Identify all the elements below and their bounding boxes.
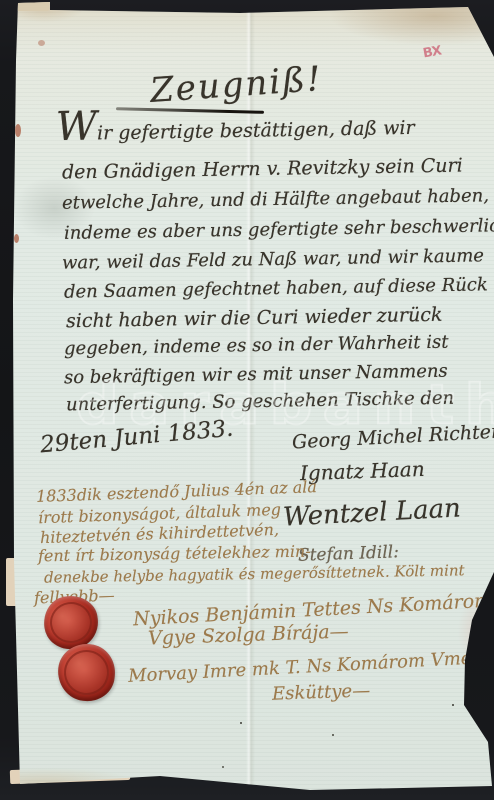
wax-seal-bottom <box>55 641 118 704</box>
edge-fleck <box>38 40 45 46</box>
official-signature-line: Vgye Szolga Bírája— <box>148 623 349 649</box>
body-line: war, weil das Feld zu Naß war, und wir k… <box>62 247 484 272</box>
hungarian-note-line: denekbe helybe hagyatik és megerősíttetn… <box>44 563 465 585</box>
title-underline <box>116 107 264 114</box>
edge-fleck <box>14 234 19 243</box>
collector-mark: BX <box>422 44 442 62</box>
body-line: den Gnädigen Herrn v. Revitzky sein Curi <box>62 157 463 183</box>
signature-name: Stefan Idill: <box>298 544 400 565</box>
document-paper: BX Zeugniß! Wir gefertigte bestättigen, … <box>0 0 494 800</box>
document-title: Zeugniß! <box>149 62 324 108</box>
hungarian-note-line: fent írt bizonyság tételekhez min- <box>38 544 311 565</box>
auction-watermark: darabanth <box>76 373 494 437</box>
paper-speck <box>240 722 242 724</box>
official-signature-line: Esküttye— <box>272 682 371 703</box>
body-line: sicht haben wir die Curi wieder zurück <box>66 306 443 332</box>
official-signature-line: Morvay Imre mk T. Ns Komárom Vmegye <box>128 648 494 686</box>
paper-fold-tab <box>17 2 49 11</box>
signature-name: Ignatz Haan <box>300 459 425 483</box>
signature-name: Wentzel Laan <box>282 495 461 530</box>
document-photo: BX Zeugniß! Wir gefertigte bestättigen, … <box>0 0 494 800</box>
body-line: Wir gefertigte bestättigen, daß wir <box>56 119 415 144</box>
edge-fleck <box>15 124 21 137</box>
body-line: etwelche Jahre, und di Hälfte angebaut h… <box>62 187 489 212</box>
body-line: den Saamen gefechtnet haben, auf diese R… <box>64 276 488 301</box>
body-line: indeme es aber uns gefertigte sehr besch… <box>64 217 494 243</box>
body-line: gegeben, indeme es so in der Wahrheit is… <box>64 334 449 359</box>
